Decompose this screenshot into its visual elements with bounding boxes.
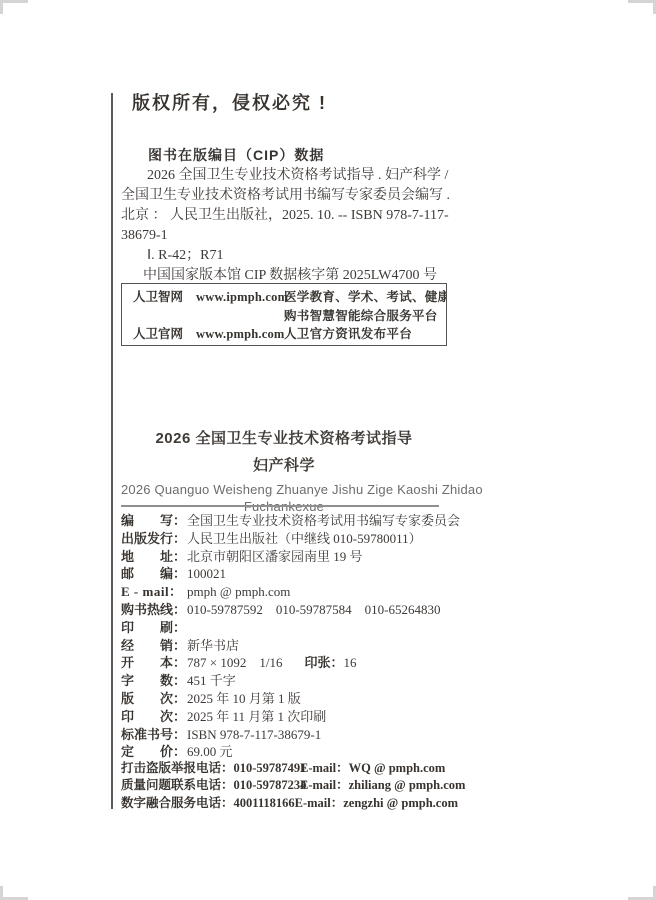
scan-corner-mark-top-left <box>0 0 28 14</box>
publisher-services-box: 人卫智网 www.ipmph.com 医学教育、学术、考试、健康， 购书智慧智能… <box>121 283 447 346</box>
cip-line: 北京 ： 人民卫生出版社，2025. 10. -- ISBN 978-7-117… <box>121 206 455 226</box>
colophon-value: 人民卫生出版社（中继线 010-59780011） <box>187 530 422 548</box>
hotline-email: zhiliang @ pmph.com <box>349 777 466 794</box>
colophon-row: 经 销： 新华书店 <box>121 637 456 655</box>
service-name: 人卫官网 <box>133 325 196 344</box>
colophon-value: 2025 年 10 月第 1 版 <box>187 690 301 708</box>
colophon-value: 69.00 元 <box>187 743 233 761</box>
colophon-row: 标准书号： ISBN 978-7-117-38679-1 <box>121 726 456 744</box>
service-description: 人卫官方资讯发布平台 <box>284 325 447 344</box>
colophon-label: 地 址： <box>121 548 187 566</box>
spacer <box>196 307 284 326</box>
colophon-row: 定 价： 69.00 元 <box>121 743 456 761</box>
scan-corner-mark-bottom-right <box>628 886 656 900</box>
colophon-row: 出版发行： 人民卫生出版社（中继线 010-59780011） <box>121 530 456 548</box>
colophon-label: 经 销： <box>121 637 187 655</box>
colophon-row: 开 本： 787 × 1092 1/16 印张： 16 <box>121 654 456 672</box>
book-title-block: 2026 全国卫生专业技术资格考试指导 妇产科学 2026 Quanguo We… <box>121 427 447 515</box>
hotline-email-label: E-mail： <box>300 760 349 777</box>
colophon-row: 印 刷： <box>121 619 456 637</box>
cip-line: 2026 全国卫生专业技术资格考试指导 . 妇产科学 / <box>121 166 455 186</box>
scan-corner-mark-bottom-left <box>0 886 28 900</box>
colophon-label: E - mail： <box>121 583 187 601</box>
hotline-email-label: E-mail： <box>300 777 349 794</box>
colophon-value: ISBN 978-7-117-38679-1 <box>187 726 321 744</box>
title-divider-rule <box>121 505 439 507</box>
hotline-phone: 4001118166 <box>234 795 295 812</box>
hotline-label: 打击盗版举报电话： <box>121 760 234 777</box>
hotline-block: 打击盗版举报电话： 010-59787491 E-mail： WQ @ pmph… <box>121 760 456 812</box>
colophon-value: 16 <box>343 654 356 672</box>
colophon-label: 开 本： <box>121 654 187 672</box>
hotline-row: 数字融合服务电话： 4001118166 E-mail： zengzhi @ p… <box>121 795 456 812</box>
colophon-value: 2025 年 11 月第 1 次印刷 <box>187 708 326 726</box>
colophon-label: 印 次： <box>121 708 187 726</box>
colophon-label: 购书热线： <box>121 601 187 619</box>
cip-line: Ⅰ. R-42；R71 <box>121 246 455 266</box>
colophon-label: 印 刷： <box>121 619 187 637</box>
colophon-label: 字 数： <box>121 672 187 690</box>
colophon-label: 定 价： <box>121 743 187 761</box>
colophon-row: 邮 编： 100021 <box>121 565 456 583</box>
colophon-value: 新华书店 <box>187 637 239 655</box>
page-fold-rule <box>111 93 113 809</box>
colophon-row: 版 次： 2025 年 10 月第 1 版 <box>121 690 456 708</box>
book-title-pinyin-line1: 2026 Quanguo Weisheng Zhuanye Jishu Zige… <box>121 481 447 498</box>
service-name: 人卫智网 <box>133 288 196 307</box>
hotline-phone: 010-59787491 <box>234 760 307 777</box>
colophon-label: 邮 编： <box>121 565 187 583</box>
colophon-value: 全国卫生专业技术资格考试用书编写专家委员会 <box>187 512 460 530</box>
colophon-row: 字 数： 451 千字 <box>121 672 456 690</box>
colophon-row: E - mail： pmph @ pmph.com <box>121 583 456 601</box>
colophon-label: 编 写： <box>121 512 187 530</box>
colophon-value: 100021 <box>187 565 226 583</box>
colophon: 编 写： 全国卫生专业技术资格考试用书编写专家委员会 出版发行： 人民卫生出版社… <box>121 512 456 761</box>
hotline-email: WQ @ pmph.com <box>349 760 446 777</box>
book-series-title: 2026 全国卫生专业技术资格考试指导 <box>121 427 447 448</box>
colophon-label: 印张： <box>304 654 343 672</box>
hotline-email-label: E-mail： <box>295 795 344 812</box>
colophon-row: 编 写： 全国卫生专业技术资格考试用书编写专家委员会 <box>121 512 456 530</box>
colophon-label: 标准书号： <box>121 726 187 744</box>
cip-block: 2026 全国卫生专业技术资格考试指导 . 妇产科学 / 全国卫生专业技术资格考… <box>121 166 455 286</box>
spacer <box>133 307 196 326</box>
colophon-label: 版 次： <box>121 690 187 708</box>
colophon-row: 购书热线： 010-59787592 010-59787584 010-6526… <box>121 601 456 619</box>
hotline-email: zengzhi @ pmph.com <box>343 795 458 812</box>
colophon-row: 地 址： 北京市朝阳区潘家园南里 19 号 <box>121 548 456 566</box>
hotline-label: 质量问题联系电话： <box>121 777 234 794</box>
scan-corner-mark-top-right <box>628 0 656 14</box>
colophon-row: 印 次： 2025 年 11 月第 1 次印刷 <box>121 708 456 726</box>
cip-heading: 图书在版编目（CIP）数据 <box>148 145 324 165</box>
hotline-row: 打击盗版举报电话： 010-59787491 E-mail： WQ @ pmph… <box>121 760 456 777</box>
colophon-label: 出版发行： <box>121 530 187 548</box>
colophon-value: 010-59787592 010-59787584 010-65264830 <box>187 601 441 619</box>
colophon-value: pmph @ pmph.com <box>187 583 290 601</box>
colophon-value: 787 × 1092 1/16 <box>187 654 282 672</box>
colophon-value: 451 千字 <box>187 672 236 690</box>
cip-line: 38679-1 <box>121 226 455 246</box>
cip-line: 全国卫生专业技术资格考试用书编写专家委员会编写 . <box>121 186 455 206</box>
hotline-label: 数字融合服务电话： <box>121 795 234 812</box>
copyright-notice: 版权所有，侵权必究 ! <box>132 89 327 115</box>
service-description: 购书智慧智能综合服务平台 <box>284 307 447 326</box>
service-description: 医学教育、学术、考试、健康， <box>284 288 447 307</box>
hotline-phone: 010-59787234 <box>234 777 307 794</box>
service-url: www.pmph.com <box>196 325 284 344</box>
service-url: www.ipmph.com <box>196 288 284 307</box>
book-subject-title: 妇产科学 <box>121 454 447 475</box>
colophon-value: 北京市朝阳区潘家园南里 19 号 <box>187 548 363 566</box>
hotline-row: 质量问题联系电话： 010-59787234 E-mail： zhiliang … <box>121 777 456 794</box>
